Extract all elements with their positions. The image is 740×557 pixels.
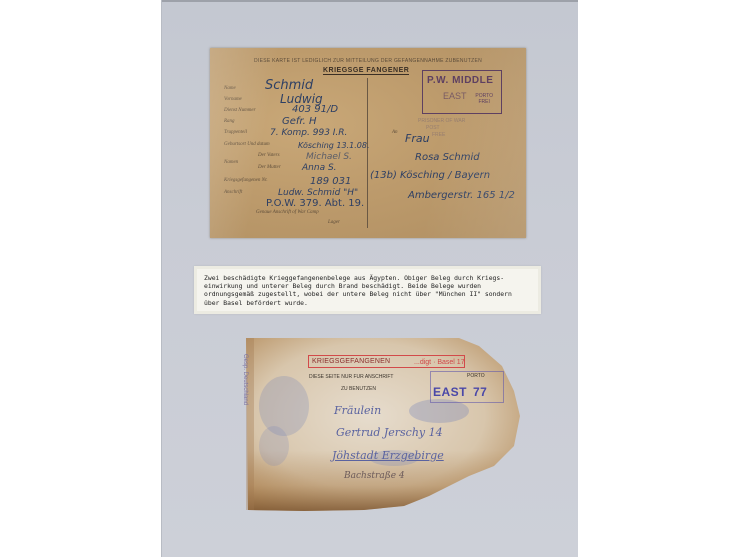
address-line-1: Fräulein — [334, 404, 381, 417]
address-prefix: An — [392, 130, 398, 135]
address-line-3: Jöhstadt Erzgebirge — [332, 449, 444, 462]
field-label-dienst: Dienst Nummer — [224, 108, 256, 113]
field-label-kgf-nr: Kriegsgefangenen Nr. — [224, 178, 268, 183]
caption-line-4: über Basel befördert wurde. — [204, 299, 540, 307]
hand-rang: Gefr. H — [282, 116, 317, 127]
caption-line-1: Zwei beschädigte Krieggefangenenbelege a… — [204, 274, 540, 282]
address-line-4: Ambergerstr. 165 1/2 — [408, 190, 515, 201]
kgf-label: KRIEGSGEFANGENEN — [312, 358, 390, 365]
hand-kgf-nr: 189 031 — [310, 176, 351, 187]
field-label-anschrift: Anschrift — [224, 190, 242, 195]
address-line-3: (13b) Kösching / Bayern — [370, 170, 490, 181]
side-note: DIESE SEITE NUR FUR ANSCHRIFT — [309, 374, 393, 380]
hand-mutter: Anna S. — [302, 163, 337, 173]
caption-line-2: einwirkung und unterer Beleg durch Brand… — [204, 282, 540, 290]
hand-anschrift: Ludw. Schmid "H" — [278, 188, 358, 198]
hand-dienst: 403 91/D — [292, 104, 338, 115]
field-label-vater: Der Vaters — [258, 153, 280, 158]
field-label-mutter: Der Mutter — [258, 165, 281, 170]
caption-line-3: ordnungsgemäß zugestellt, wobei der unte… — [204, 290, 540, 298]
hand-pow-camp: P.O.W. 379. Abt. 19. — [266, 198, 364, 209]
address-line-2: Rosa Schmid — [415, 152, 480, 163]
hand-truppenteil: 7. Komp. 993 I.R. — [270, 128, 347, 138]
card-header-notice: DIESE KARTE IST LEDIGLICH ZUR MITTEILUNG… — [210, 58, 526, 64]
field-label-truppenteil: Truppenteil — [224, 130, 247, 135]
field-label-vorname: Vorname — [224, 97, 242, 102]
east-77-stamp: EAST 77 — [430, 371, 504, 403]
hand-geburtsort: Kösching 13.1.08. — [298, 141, 369, 150]
hand-vater: Michael S. — [306, 152, 352, 162]
margin-note-vertical: Gesp. Deutschland — [242, 354, 248, 405]
card-title: KRIEGSGE FANGENER — [323, 67, 409, 75]
pw-middle-east-stamp: P.W. MIDDLE EAST PORTOFREI — [422, 70, 502, 114]
field-label-rang: Rang — [224, 119, 235, 124]
card-divider — [367, 78, 368, 228]
field-label-namen: Namen — [224, 160, 238, 165]
footer-sub: Lager — [328, 220, 340, 225]
basel-red-stamp: ...digt · Basel 17 — [414, 359, 465, 366]
pow-postcard-bottom: Gesp. Deutschland KRIEGSGEFANGENEN ...di… — [244, 336, 520, 512]
footer-label: Genaue Anschrift of War Camp — [256, 210, 319, 215]
hand-name: Schmid — [265, 78, 313, 93]
field-label-name: Name — [224, 86, 236, 91]
faint-censor-stamp: PRISONER OF WAR POST FREE — [418, 118, 465, 139]
address-line-2: Gertrud Jerschy 14 — [336, 426, 443, 439]
address-line-4: Bachstraße 4 — [344, 471, 405, 481]
field-label-geburtsort: Geburtsort Und datum — [224, 142, 270, 147]
album-page-edge — [161, 0, 162, 557]
caption-label: Zwei beschädigte Krieggefangenenbelege a… — [194, 266, 541, 314]
side-note-2: ZU BENUTZEN — [341, 386, 376, 392]
